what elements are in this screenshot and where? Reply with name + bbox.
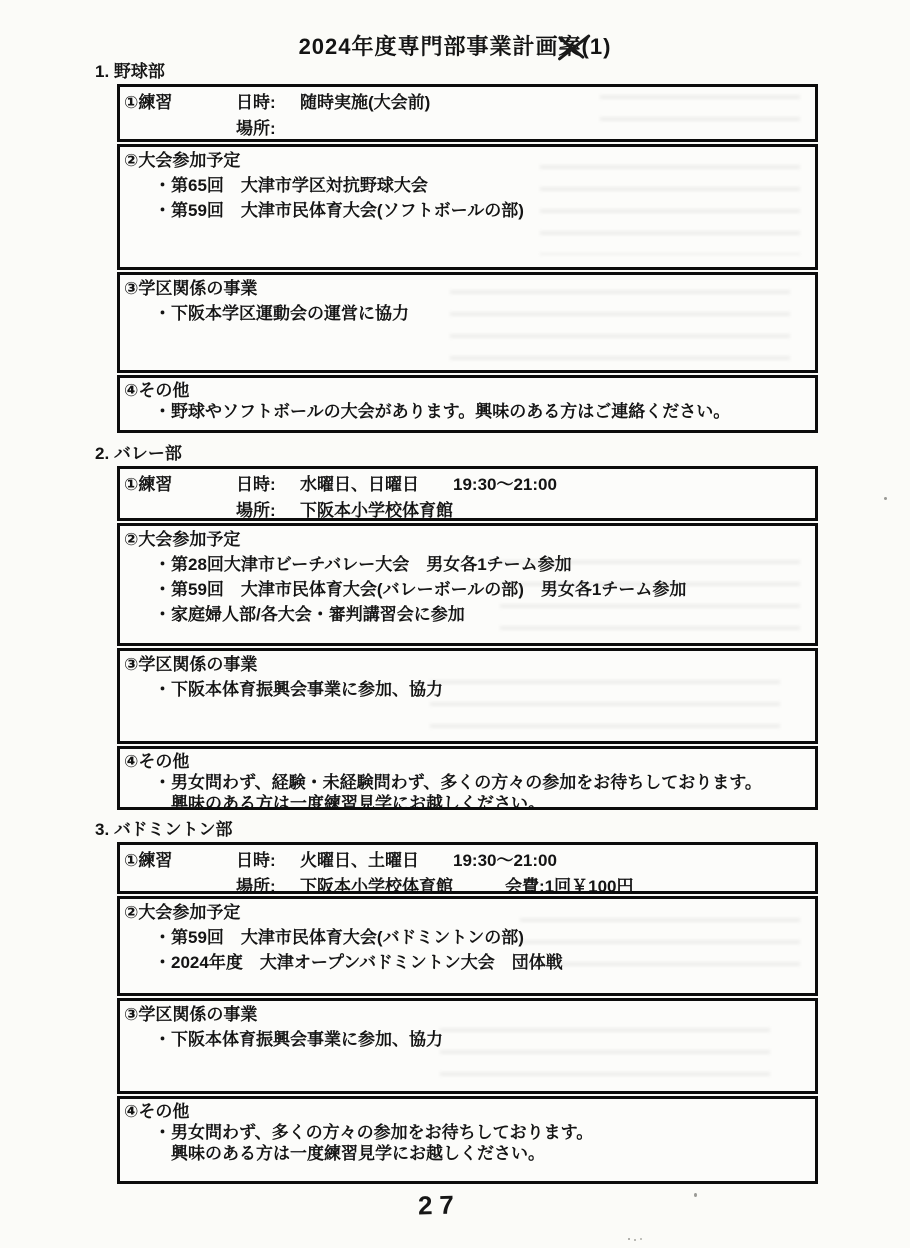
title-prefix: 2024年度専門部事業計画 — [299, 34, 559, 59]
district-row: ③学区関係の事業 ・下阪本体育振興会事業に参加、協力 — [117, 648, 818, 744]
place-label: 場所: — [236, 498, 300, 521]
place-value: 下阪本小学校体育館 — [300, 498, 453, 521]
place-label: 場所: — [236, 874, 300, 894]
section-baseball: 1. 野球部 ①練習 日時: 随時実施(大会前) 場所: ②大会参加予定 ・第6… — [0, 62, 910, 433]
district-items: ・下阪本学区運動会の運営に協力 — [124, 301, 807, 326]
other-row: ④その他 ・野球やソフトボールの大会があります。興味のある方はご連絡ください。 — [117, 375, 818, 433]
practice-details: 日時: 火曜日、土曜日 19:30～21:00 場所: 下阪本小学校体育館 会費… — [236, 848, 633, 891]
section-heading-baseball: 1. 野球部 — [95, 62, 910, 82]
event-item: ・第59回 大津市民体育大会(バドミントンの部) — [154, 925, 807, 950]
datetime-label: 日時: — [236, 472, 300, 498]
document-title: 2024年度専門部事業計画案(1) — [0, 0, 910, 60]
practice-details: 日時: 随時実施(大会前) 場所: — [236, 90, 430, 139]
events-heading: ②大会参加予定 — [124, 149, 807, 173]
events-row: ②大会参加予定 ・第65回 大津市学区対抗野球大会 ・第59回 大津市民体育大会… — [117, 144, 818, 270]
practice-datetime-line: 日時: 随時実施(大会前) — [236, 90, 430, 116]
section-table-badminton: ①練習 日時: 火曜日、土曜日 19:30～21:00 場所: 下阪本小学校体育… — [117, 842, 818, 1184]
other-item: 興味のある方は一度練習見学にお越しください。 — [154, 793, 807, 810]
district-heading: ③学区関係の事業 — [124, 277, 807, 301]
practice-details: 日時: 水曜日、日曜日 19:30～21:00 場所: 下阪本小学校体育館 — [236, 472, 557, 518]
page-number-stamp: 27 — [418, 1189, 462, 1221]
practice-label: ①練習 — [124, 848, 236, 891]
district-heading: ③学区関係の事業 — [124, 1003, 807, 1027]
fee-value: 会費:1回￥100円 — [505, 874, 633, 894]
other-item: ・男女問わず、多くの方々の参加をお待ちしております。 — [154, 1122, 807, 1143]
title-struck-char-with-x-mark: 案 — [559, 34, 582, 60]
practice-datetime-line: 日時: 火曜日、土曜日 19:30～21:00 — [236, 848, 633, 874]
other-item: ・野球やソフトボールの大会があります。興味のある方はご連絡ください。 — [154, 401, 807, 422]
other-row: ④その他 ・男女問わず、多くの方々の参加をお待ちしております。 興味のある方は一… — [117, 1096, 818, 1184]
datetime-label: 日時: — [236, 848, 300, 874]
district-items: ・下阪本体育振興会事業に参加、協力 — [124, 677, 807, 702]
section-volleyball: 2. バレー部 ①練習 日時: 水曜日、日曜日 19:30～21:00 場所: … — [0, 444, 910, 810]
events-row: ②大会参加予定 ・第28回大津市ビーチバレー大会 男女各1チーム参加 ・第59回… — [117, 523, 818, 646]
events-items: ・第28回大津市ビーチバレー大会 男女各1チーム参加 ・第59回 大津市民体育大… — [124, 552, 807, 627]
event-item: ・第59回 大津市民体育大会(バレーボールの部) 男女各1チーム参加 — [154, 577, 807, 602]
events-row: ②大会参加予定 ・第59回 大津市民体育大会(バドミントンの部) ・2024年度… — [117, 896, 818, 996]
practice-place-line: 場所: 下阪本小学校体育館 会費:1回￥100円 — [236, 874, 633, 894]
event-item: ・第59回 大津市民体育大会(ソフトボールの部) — [154, 198, 807, 223]
other-heading: ④その他 — [124, 380, 807, 401]
event-item: ・2024年度 大津オープンバドミントン大会 団体戦 — [154, 950, 807, 975]
other-items: ・野球やソフトボールの大会があります。興味のある方はご連絡ください。 — [124, 401, 807, 422]
events-items: ・第65回 大津市学区対抗野球大会 ・第59回 大津市民体育大会(ソフトボールの… — [124, 173, 807, 223]
other-items: ・男女問わず、経験・未経験問わず、多くの方々の参加をお待ちしております。 興味の… — [124, 772, 807, 810]
events-items: ・第59回 大津市民体育大会(バドミントンの部) ・2024年度 大津オープンバ… — [124, 925, 807, 975]
place-label: 場所: — [236, 116, 300, 142]
district-row: ③学区関係の事業 ・下阪本学区運動会の運営に協力 — [117, 272, 818, 373]
scan-speck — [628, 1238, 630, 1240]
other-heading: ④その他 — [124, 751, 807, 772]
section-heading-volleyball: 2. バレー部 — [95, 444, 910, 464]
district-heading: ③学区関係の事業 — [124, 653, 807, 677]
title-struck-text: 案 — [559, 34, 582, 59]
district-item: ・下阪本学区運動会の運営に協力 — [154, 301, 807, 326]
district-item: ・下阪本体育振興会事業に参加、協力 — [154, 677, 807, 702]
other-heading: ④その他 — [124, 1101, 807, 1122]
section-table-volleyball: ①練習 日時: 水曜日、日曜日 19:30～21:00 場所: 下阪本小学校体育… — [117, 466, 818, 810]
datetime-value: 随時実施(大会前) — [300, 90, 430, 116]
district-items: ・下阪本体育振興会事業に参加、協力 — [124, 1027, 807, 1052]
practice-row: ①練習 日時: 水曜日、日曜日 19:30～21:00 場所: 下阪本小学校体育… — [117, 466, 818, 521]
datetime-label: 日時: — [236, 90, 300, 116]
section-badminton: 3. バドミントン部 ①練習 日時: 火曜日、土曜日 19:30～21:00 場… — [0, 820, 910, 1184]
practice-row: ①練習 日時: 随時実施(大会前) 場所: — [117, 84, 818, 142]
practice-place-line: 場所: — [236, 116, 430, 142]
section-table-baseball: ①練習 日時: 随時実施(大会前) 場所: ②大会参加予定 ・第65回 大津市学… — [117, 84, 818, 433]
event-item: ・家庭婦人部/各大会・審判講習会に参加 — [154, 602, 807, 627]
other-item: 興味のある方は一度練習見学にお越しください。 — [154, 1143, 807, 1164]
practice-label: ①練習 — [124, 472, 236, 518]
practice-label: ①練習 — [124, 90, 236, 139]
event-item: ・第65回 大津市学区対抗野球大会 — [154, 173, 807, 198]
other-item: ・男女問わず、経験・未経験問わず、多くの方々の参加をお待ちしております。 — [154, 772, 807, 793]
events-heading: ②大会参加予定 — [124, 901, 807, 925]
practice-row: ①練習 日時: 火曜日、土曜日 19:30～21:00 場所: 下阪本小学校体育… — [117, 842, 818, 894]
place-value: 下阪本小学校体育館 — [300, 874, 453, 894]
event-item: ・第28回大津市ビーチバレー大会 男女各1チーム参加 — [154, 552, 807, 577]
other-items: ・男女問わず、多くの方々の参加をお待ちしております。 興味のある方は一度練習見学… — [124, 1122, 807, 1164]
district-item: ・下阪本体育振興会事業に参加、協力 — [154, 1027, 807, 1052]
datetime-value: 水曜日、日曜日 19:30～21:00 — [300, 472, 557, 498]
practice-datetime-line: 日時: 水曜日、日曜日 19:30～21:00 — [236, 472, 557, 498]
other-row: ④その他 ・男女問わず、経験・未経験問わず、多くの方々の参加をお待ちしております… — [117, 746, 818, 810]
datetime-value: 火曜日、土曜日 19:30～21:00 — [300, 848, 557, 874]
section-heading-badminton: 3. バドミントン部 — [95, 820, 910, 840]
events-heading: ②大会参加予定 — [124, 528, 807, 552]
scan-speck — [694, 1193, 697, 1197]
practice-place-line: 場所: 下阪本小学校体育館 — [236, 498, 557, 521]
district-row: ③学区関係の事業 ・下阪本体育振興会事業に参加、協力 — [117, 998, 818, 1094]
